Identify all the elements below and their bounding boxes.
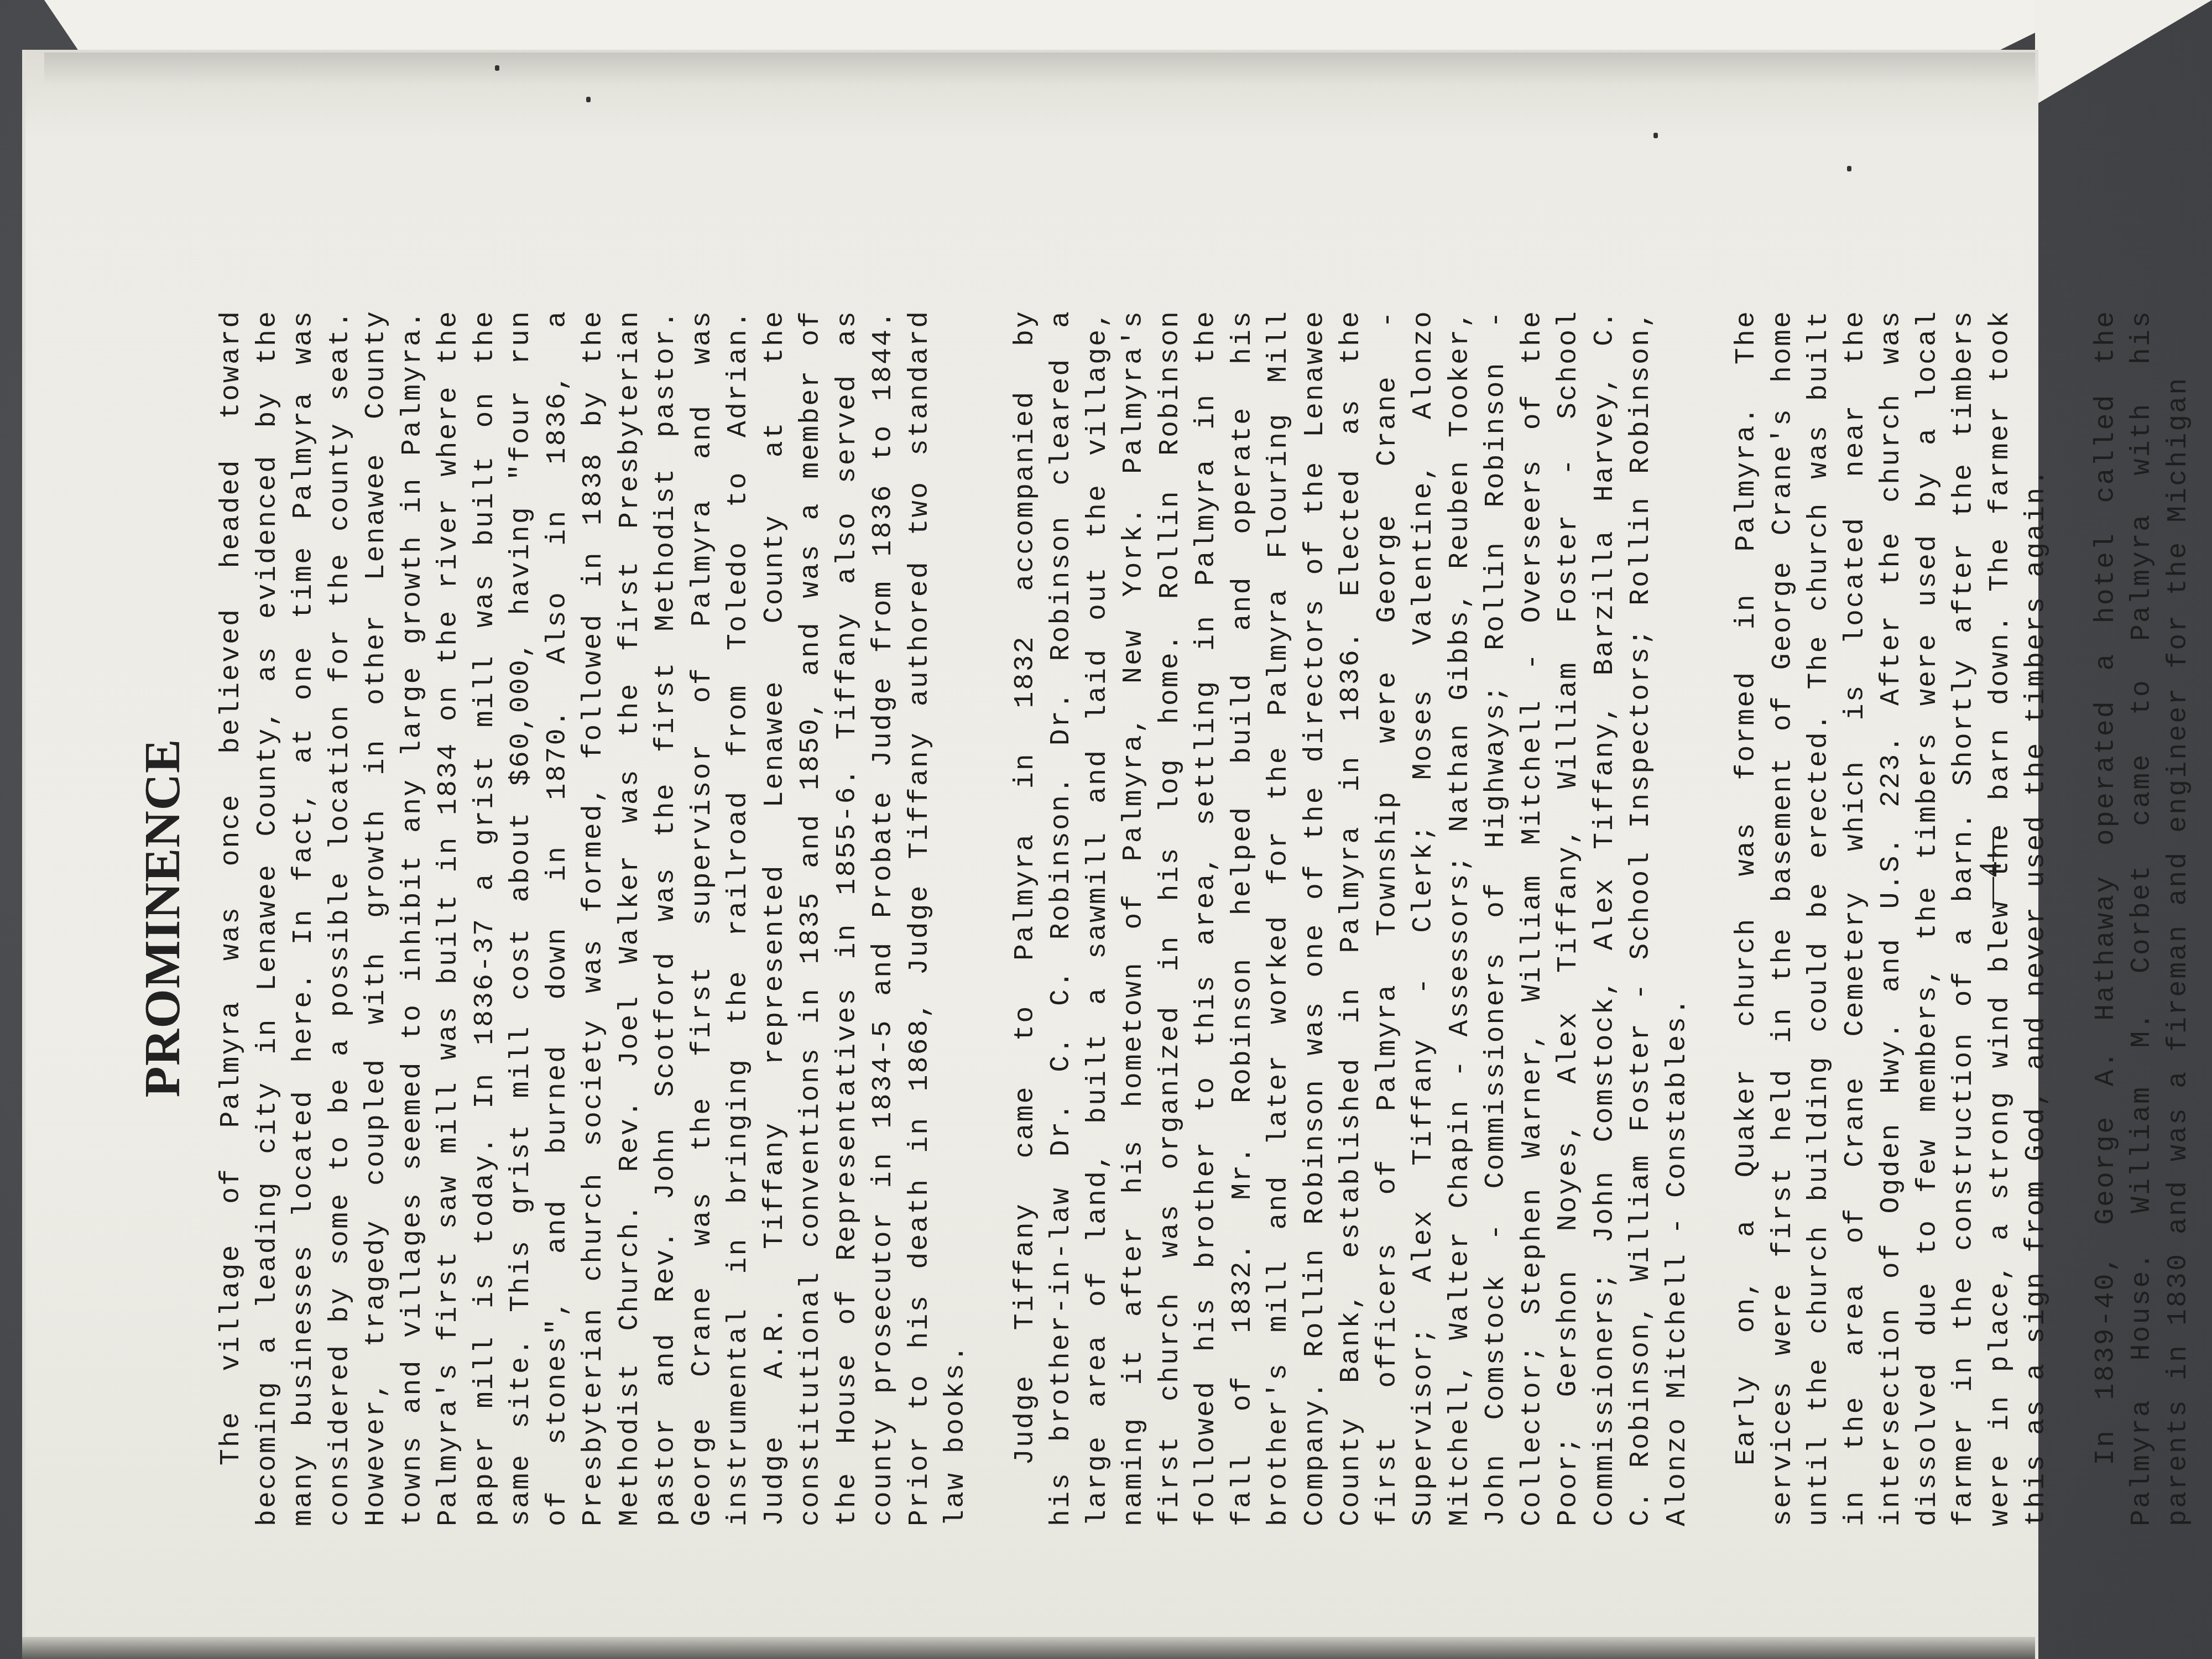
text-line: Palmyra House. William M. Corbet came to…	[2124, 310, 2161, 1526]
paragraph-3: Early on, a Quaker church was formed in …	[1729, 310, 2055, 1526]
text-line: naming it after his hometown of Palmyra,…	[1116, 310, 1152, 1526]
text-line: constitutional conventions in 1835 and 1…	[793, 310, 830, 1526]
text-line: services were first held in the basement…	[1765, 310, 1802, 1526]
text-line: pastor and Rev. John Scotford was the fi…	[648, 310, 685, 1526]
text-line: first officers of Palmyra Township were …	[1370, 310, 1406, 1526]
text-line: law books.	[938, 310, 974, 1526]
text-line: instrumental in bringing the railroad fr…	[721, 310, 757, 1526]
text-line: Judge Tiffany came to Palmyra in 1832 ac…	[1008, 310, 1044, 1526]
text-line: In 1839-40, George A. Hathaway operated …	[2088, 310, 2125, 1526]
text-line: many businesses located here. In fact, a…	[286, 310, 322, 1526]
text-line: were in place, a strong wind blew the ba…	[1983, 310, 2019, 1526]
text-line: Poor; Gershon Noyes, Alex Tiffany, Willi…	[1551, 310, 1587, 1526]
page-number: —4—	[1973, 831, 2008, 908]
paragraph-1: The village of Palmyra was once believed…	[213, 310, 974, 1526]
page-title: PROMINENCE	[133, 310, 191, 1526]
binding-shadow	[44, 53, 2035, 86]
text-line: of stones", and burned down in 1870. Als…	[540, 310, 576, 1526]
text-line: Prior to his death in 1868, Judge Tiffan…	[902, 310, 938, 1526]
text-line: intersection of Ogden Hwy. and U.S. 223.…	[1874, 310, 1910, 1526]
text-line: same site. This grist mill cost about $6…	[503, 310, 540, 1526]
text-line: C. Robinson, William Foster - School Ins…	[1623, 310, 1660, 1526]
text-line: Presbyterian church society was formed, …	[576, 310, 612, 1526]
paragraph-2: Judge Tiffany came to Palmyra in 1832 ac…	[1008, 310, 1696, 1526]
text-line: paper mill is today. In 1836-37 a grist …	[467, 310, 504, 1526]
text-line: becoming a leading city in Lenawee Count…	[250, 310, 286, 1526]
text-line: Judge A.R. Tiffany represented Lenawee C…	[757, 310, 794, 1526]
page-bottom-edge	[22, 1637, 2035, 1659]
text-line: dissolved due to few members, the timber…	[1910, 310, 1947, 1526]
text-line: However, tragedy coupled with growth in …	[358, 310, 395, 1526]
text-line: farmer in the construction of a barn. Sh…	[1946, 310, 1983, 1526]
text-line: this as a sign from God, and never used …	[2018, 310, 2055, 1526]
text-line: towns and villages seemed to inhibit any…	[395, 310, 431, 1526]
text-line: fall of 1832. Mr. Robinson helped build …	[1225, 310, 1261, 1526]
text-line: Mitchell, Walter Chapin - Assessors; Nat…	[1442, 310, 1479, 1526]
text-line: County Bank, established in Palmyra in 1…	[1333, 310, 1370, 1526]
staple-hole	[495, 65, 499, 71]
text-line: The village of Palmyra was once believed…	[213, 310, 250, 1526]
text-line: John Comstock - Commissioners of Highway…	[1478, 310, 1515, 1526]
text-line: George Crane was the first supervisor of…	[685, 310, 721, 1526]
text-line: in the area of Crane Cemetery which is l…	[1838, 310, 1874, 1526]
text-line: Commissioners; John Comstock, Alex Tiffa…	[1587, 310, 1624, 1526]
text-line: followed his brother to this area, settl…	[1188, 310, 1225, 1526]
text-line: brother's mill and later worked for the …	[1261, 310, 1297, 1526]
text-line: his brother-in-law Dr. C. C. Robinson. D…	[1044, 310, 1080, 1526]
text-line: the House of Representatives in 1855-6. …	[830, 310, 866, 1526]
text-line: first church was organized in his log ho…	[1152, 310, 1189, 1526]
text-line: Company. Rollin Robinson was one of the …	[1297, 310, 1334, 1526]
text-line: Early on, a Quaker church was formed in …	[1729, 310, 1765, 1526]
text-line: Collector; Stephen Warner, William Mitch…	[1515, 310, 1551, 1526]
text-line: Methodist Church. Rev. Joel Walker was t…	[612, 310, 649, 1526]
paragraph-4: In 1839-40, George A. Hathaway operated …	[2088, 310, 2197, 1526]
page-content: PROMINENCE The village of Palmyra was on…	[133, 88, 2013, 1526]
text-line: Supervisor; Alex Tiffany - Clerk; Moses …	[1406, 310, 1442, 1526]
text-line: considered by some to be a possible loca…	[322, 310, 359, 1526]
facing-page-corner	[2035, 0, 2212, 105]
text-line: parents in 1830 and was a fireman and en…	[2161, 310, 2197, 1526]
text-line: Alonzo Mitchell - Constables.	[1660, 310, 1696, 1526]
text-line: large area of land, built a sawmill and …	[1080, 310, 1117, 1526]
text-line: county prosecutor in 1834-5 and Probate …	[865, 310, 902, 1526]
text-line: Palmyra's first saw mill was built in 18…	[431, 310, 467, 1526]
text-line: until the church building could be erect…	[1801, 310, 1838, 1526]
